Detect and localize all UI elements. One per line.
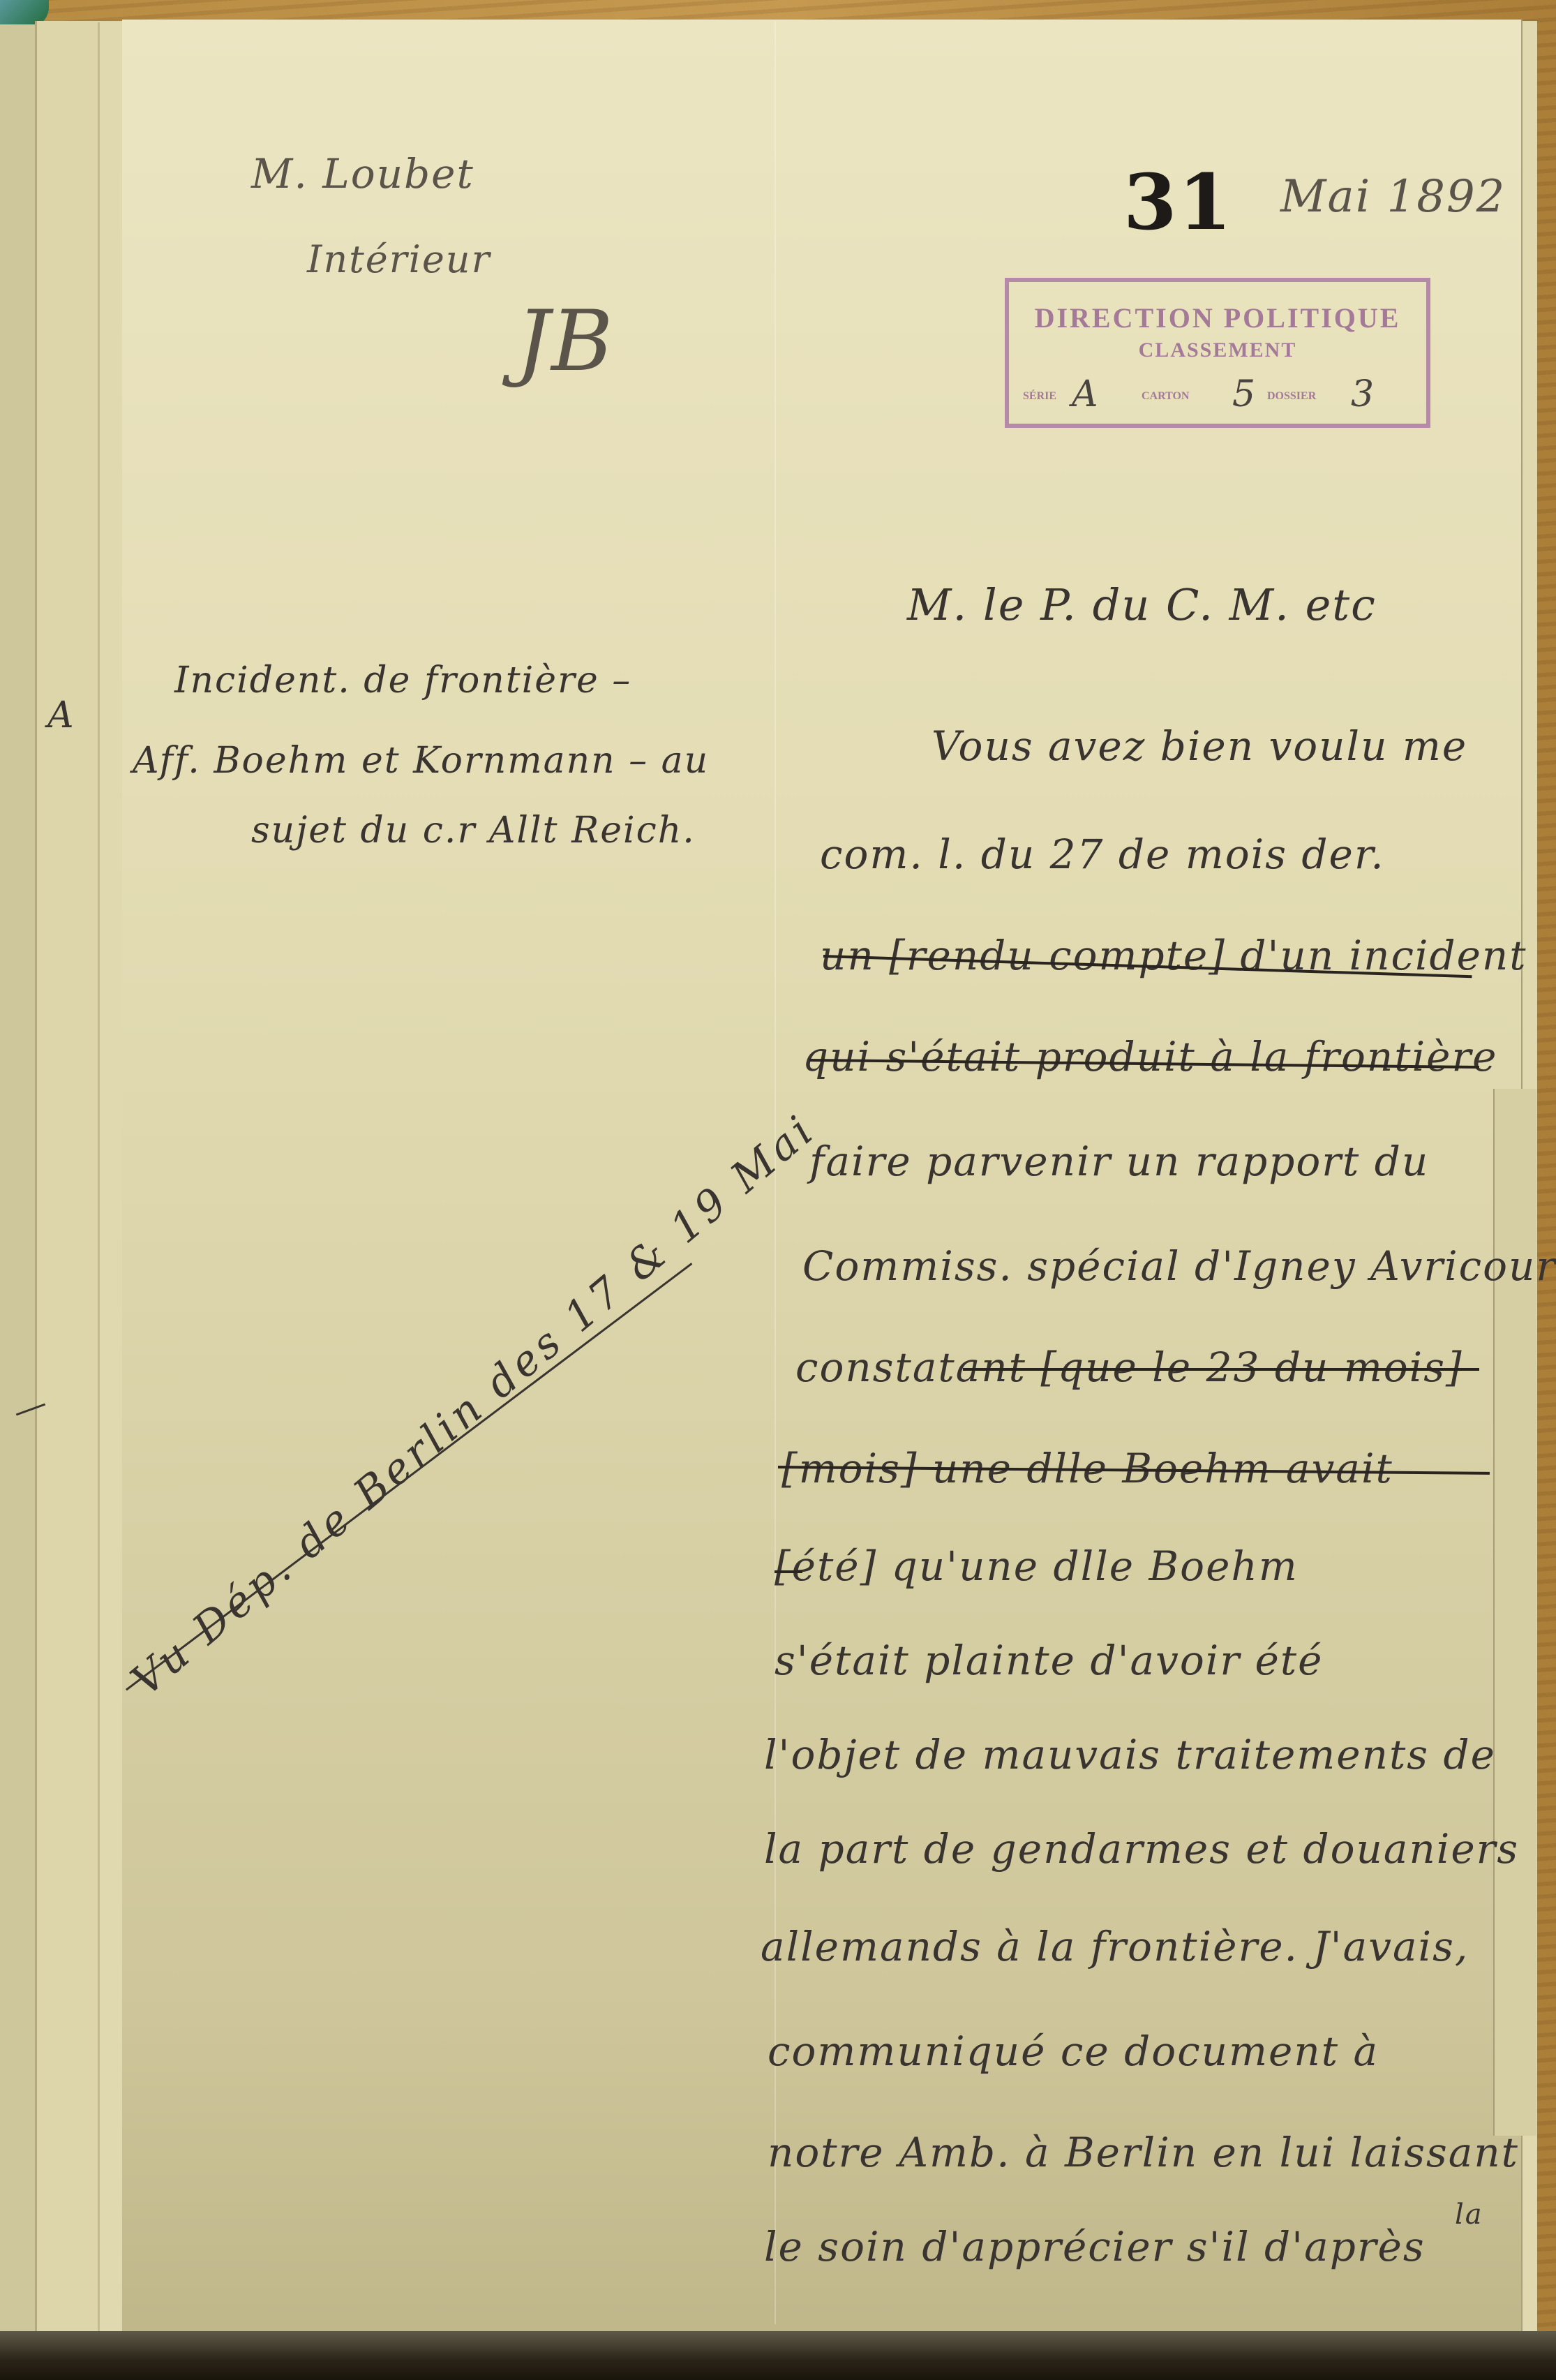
stamp-carton-value: 5 [1232,373,1255,415]
diagonal-underline [126,1263,692,1690]
strikethrough-line [963,1368,1479,1371]
stamp-subtitle: CLASSEMENT [1009,339,1426,362]
body-line: Vous avez bien voulu me [932,722,1467,770]
date-month-year: Mai 1892 [1280,171,1506,223]
body-line: com. l. du 27 de mois der. [820,831,1385,878]
date-day: 31 [1123,157,1233,247]
catchword: la [1455,2199,1483,2231]
stamp-title: DIRECTION POLITIQUE [1009,302,1426,334]
stamp-dossier-value: 3 [1351,373,1374,415]
body-line: la part de gendarmes et douaniers [764,1825,1519,1873]
body-line: communiqué ce document à [768,2028,1379,2075]
stamp-fields: SÉRIE A CARTON 5 DOSSIER 3 [1023,373,1412,415]
body-line-struck: qui s'était produit à la frontière [802,1033,1498,1080]
body-line-struck: constatant [que le 23 du mois] [795,1344,1463,1391]
stamp-serie-value: A [1072,373,1098,415]
body-line: le soin d'apprécier s'il d'après [764,2223,1426,2270]
body-line: faire parvenir un rapport du [809,1138,1429,1185]
stamp-serie-label: SÉRIE [1023,390,1056,403]
subject-line: sujet du c.r Allt Reich. [251,810,696,851]
stamp-dossier-label: DOSSIER [1267,390,1316,403]
subject-line: Aff. Boehm et Kornmann – au [133,740,709,782]
margin-letter: A [47,694,75,736]
body-line: notre Amb. à Berlin en lui laissant [768,2129,1519,2176]
department-note: Intérieur [307,237,491,281]
body-line: allemands à la frontière. J'avais, [761,1923,1469,1970]
classification-stamp: DIRECTION POLITIQUE CLASSEMENT SÉRIE A C… [1005,278,1430,428]
subject-line: Incident. de frontière – [174,660,631,701]
stamp-carton-label: CARTON [1142,390,1189,403]
addressee-note: M. Loubet [251,150,474,198]
body-line: s'était plainte d'avoir été [775,1637,1323,1684]
diagonal-annotation: Vu Dép. de Berlin des 17 & 19 Mai [122,1089,694,1689]
body-line: l'objet de mauvais traitements de [764,1731,1496,1778]
body-line: Commiss. spécial d'Igney Avricourt [802,1242,1556,1290]
initials-signature: JB [516,293,614,390]
bottom-shadow [0,2331,1556,2380]
salutation: M. le P. du C. M. etc [907,579,1377,630]
strikethrough-line [775,1570,802,1573]
body-line-struck: un [rendu compte] d'un incident [820,932,1527,979]
body-line: [été] qu'une dlle Boehm [775,1542,1299,1590]
